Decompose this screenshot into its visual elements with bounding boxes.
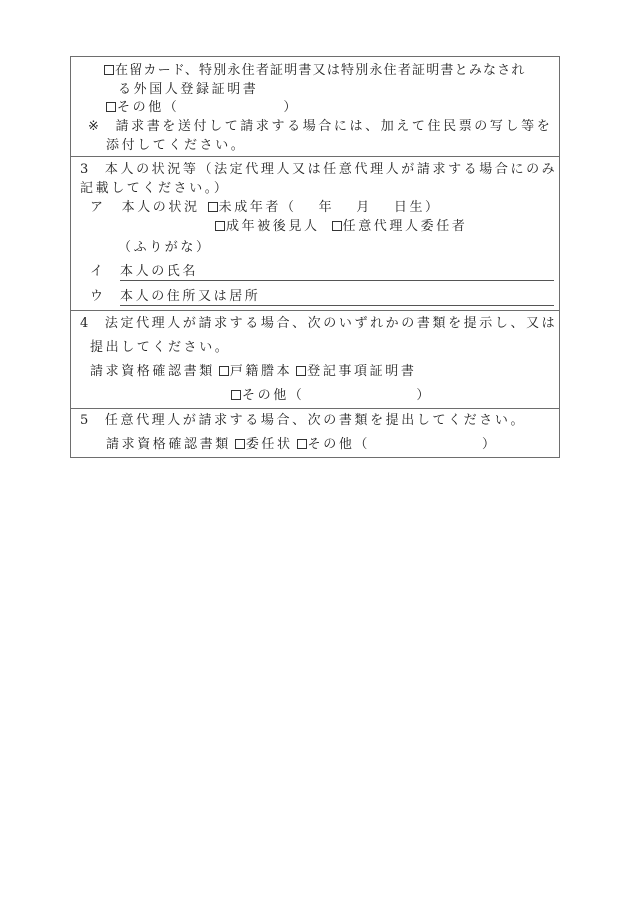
item-a-marker: ア bbox=[90, 200, 106, 215]
principal-checkbox[interactable] bbox=[332, 221, 342, 231]
section4-heading-line1: 法定代理人が請求する場合、次のいずれかの書類を提示し、又は bbox=[105, 316, 557, 331]
section4-other-label: その他（ bbox=[242, 388, 304, 403]
section3-heading-line1: 本人の状況等（法定代理人又は任意代理人が請求する場合にのみ bbox=[105, 162, 557, 177]
registry-cert-checkbox[interactable] bbox=[296, 366, 306, 376]
section-divider-3 bbox=[70, 156, 560, 157]
minor-checkbox[interactable] bbox=[208, 202, 218, 212]
section4-docs-row: 請求資格確認書類戸籍謄本登記事項証明書 bbox=[90, 364, 416, 380]
principal-label: 任意代理人委任者 bbox=[343, 219, 468, 234]
principal-address-field[interactable] bbox=[120, 305, 554, 306]
registry-cert-label: 登記事項証明書 bbox=[307, 364, 416, 379]
residence-card-label-line2: る外国人登録証明書 bbox=[118, 82, 258, 98]
adult-ward-label: 成年被後見人 bbox=[226, 219, 320, 234]
section5-heading-text: 任意代理人が請求する場合、次の書類を提出してください。 bbox=[105, 413, 526, 428]
section5-heading: 5任意代理人が請求する場合、次の書類を提出してください。 bbox=[80, 413, 526, 429]
minor-label: 未成年者（ bbox=[219, 200, 297, 215]
section5-docs-label: 請求資格確認書類 bbox=[106, 437, 231, 452]
section5-number: 5 bbox=[80, 413, 91, 428]
note-text-line1: 請求書を送付して請求する場合には、加えて住民票の写し等を bbox=[116, 119, 553, 134]
principal-status-row: ア本人の状況未成年者（年月日生） bbox=[90, 200, 441, 216]
section5-docs-row: 請求資格確認書類委任状その他（） bbox=[106, 437, 498, 453]
section4-heading-line2: 提出してください。 bbox=[90, 340, 230, 356]
item-u-marker: ウ bbox=[90, 289, 106, 305]
note-mark: ※ bbox=[88, 119, 102, 134]
section2-other-close: ） bbox=[283, 100, 299, 115]
section-divider-5 bbox=[70, 408, 560, 409]
section4-heading: 4法定代理人が請求する場合、次のいずれかの書類を提示し、又は bbox=[80, 316, 557, 332]
principal-address-label: 本人の住所又は居所 bbox=[120, 289, 260, 305]
section2-other-option: その他（） bbox=[106, 100, 299, 116]
residence-card-checkbox[interactable] bbox=[104, 65, 114, 75]
residence-card-option: 在留カード、特別永住者証明書又は特別永住者証明書とみなされ bbox=[104, 63, 526, 79]
section-divider-4 bbox=[70, 310, 560, 311]
furigana-label: （ふりがな） bbox=[118, 240, 212, 256]
section5-other-checkbox[interactable] bbox=[297, 439, 307, 449]
residence-card-label-line1: 在留カード、特別永住者証明書又は特別永住者証明書とみなされ bbox=[115, 63, 526, 78]
section5-other-close: ） bbox=[482, 437, 498, 452]
principal-name-label: 本人の氏名 bbox=[120, 264, 198, 280]
principal-status-label: 本人の状況 bbox=[122, 200, 200, 215]
section4-other-option: その他（） bbox=[231, 388, 432, 404]
section5-other-label: その他（ bbox=[308, 437, 370, 452]
birth-year-label: 年 bbox=[319, 200, 335, 215]
family-register-checkbox[interactable] bbox=[219, 366, 229, 376]
section3-heading-line2: 記載してください。） bbox=[80, 181, 230, 197]
mailing-note: ※請求書を送付して請求する場合には、加えて住民票の写し等を bbox=[88, 119, 552, 135]
family-register-label: 戸籍謄本 bbox=[230, 364, 292, 379]
adult-ward-checkbox[interactable] bbox=[215, 221, 225, 231]
section3-heading: 3本人の状況等（法定代理人又は任意代理人が請求する場合にのみ bbox=[80, 162, 557, 178]
birth-day-label: 日生） bbox=[394, 200, 441, 215]
section2-other-checkbox[interactable] bbox=[106, 102, 116, 112]
section4-number: 4 bbox=[80, 316, 91, 331]
item-i-marker: イ bbox=[90, 264, 106, 280]
power-of-attorney-checkbox[interactable] bbox=[235, 439, 245, 449]
principal-name-field[interactable] bbox=[120, 280, 554, 281]
section4-other-close: ） bbox=[416, 388, 432, 403]
power-of-attorney-label: 委任状 bbox=[246, 437, 293, 452]
principal-status-row2: 成年被後見人任意代理人委任者 bbox=[215, 219, 467, 235]
section3-number: 3 bbox=[80, 162, 91, 177]
note-text-line2: 添付してください。 bbox=[106, 138, 246, 154]
birth-month-label: 月 bbox=[356, 200, 372, 215]
section2-other-label: その他（ bbox=[117, 100, 179, 115]
section4-docs-label: 請求資格確認書類 bbox=[90, 364, 215, 379]
section4-other-checkbox[interactable] bbox=[231, 390, 241, 400]
